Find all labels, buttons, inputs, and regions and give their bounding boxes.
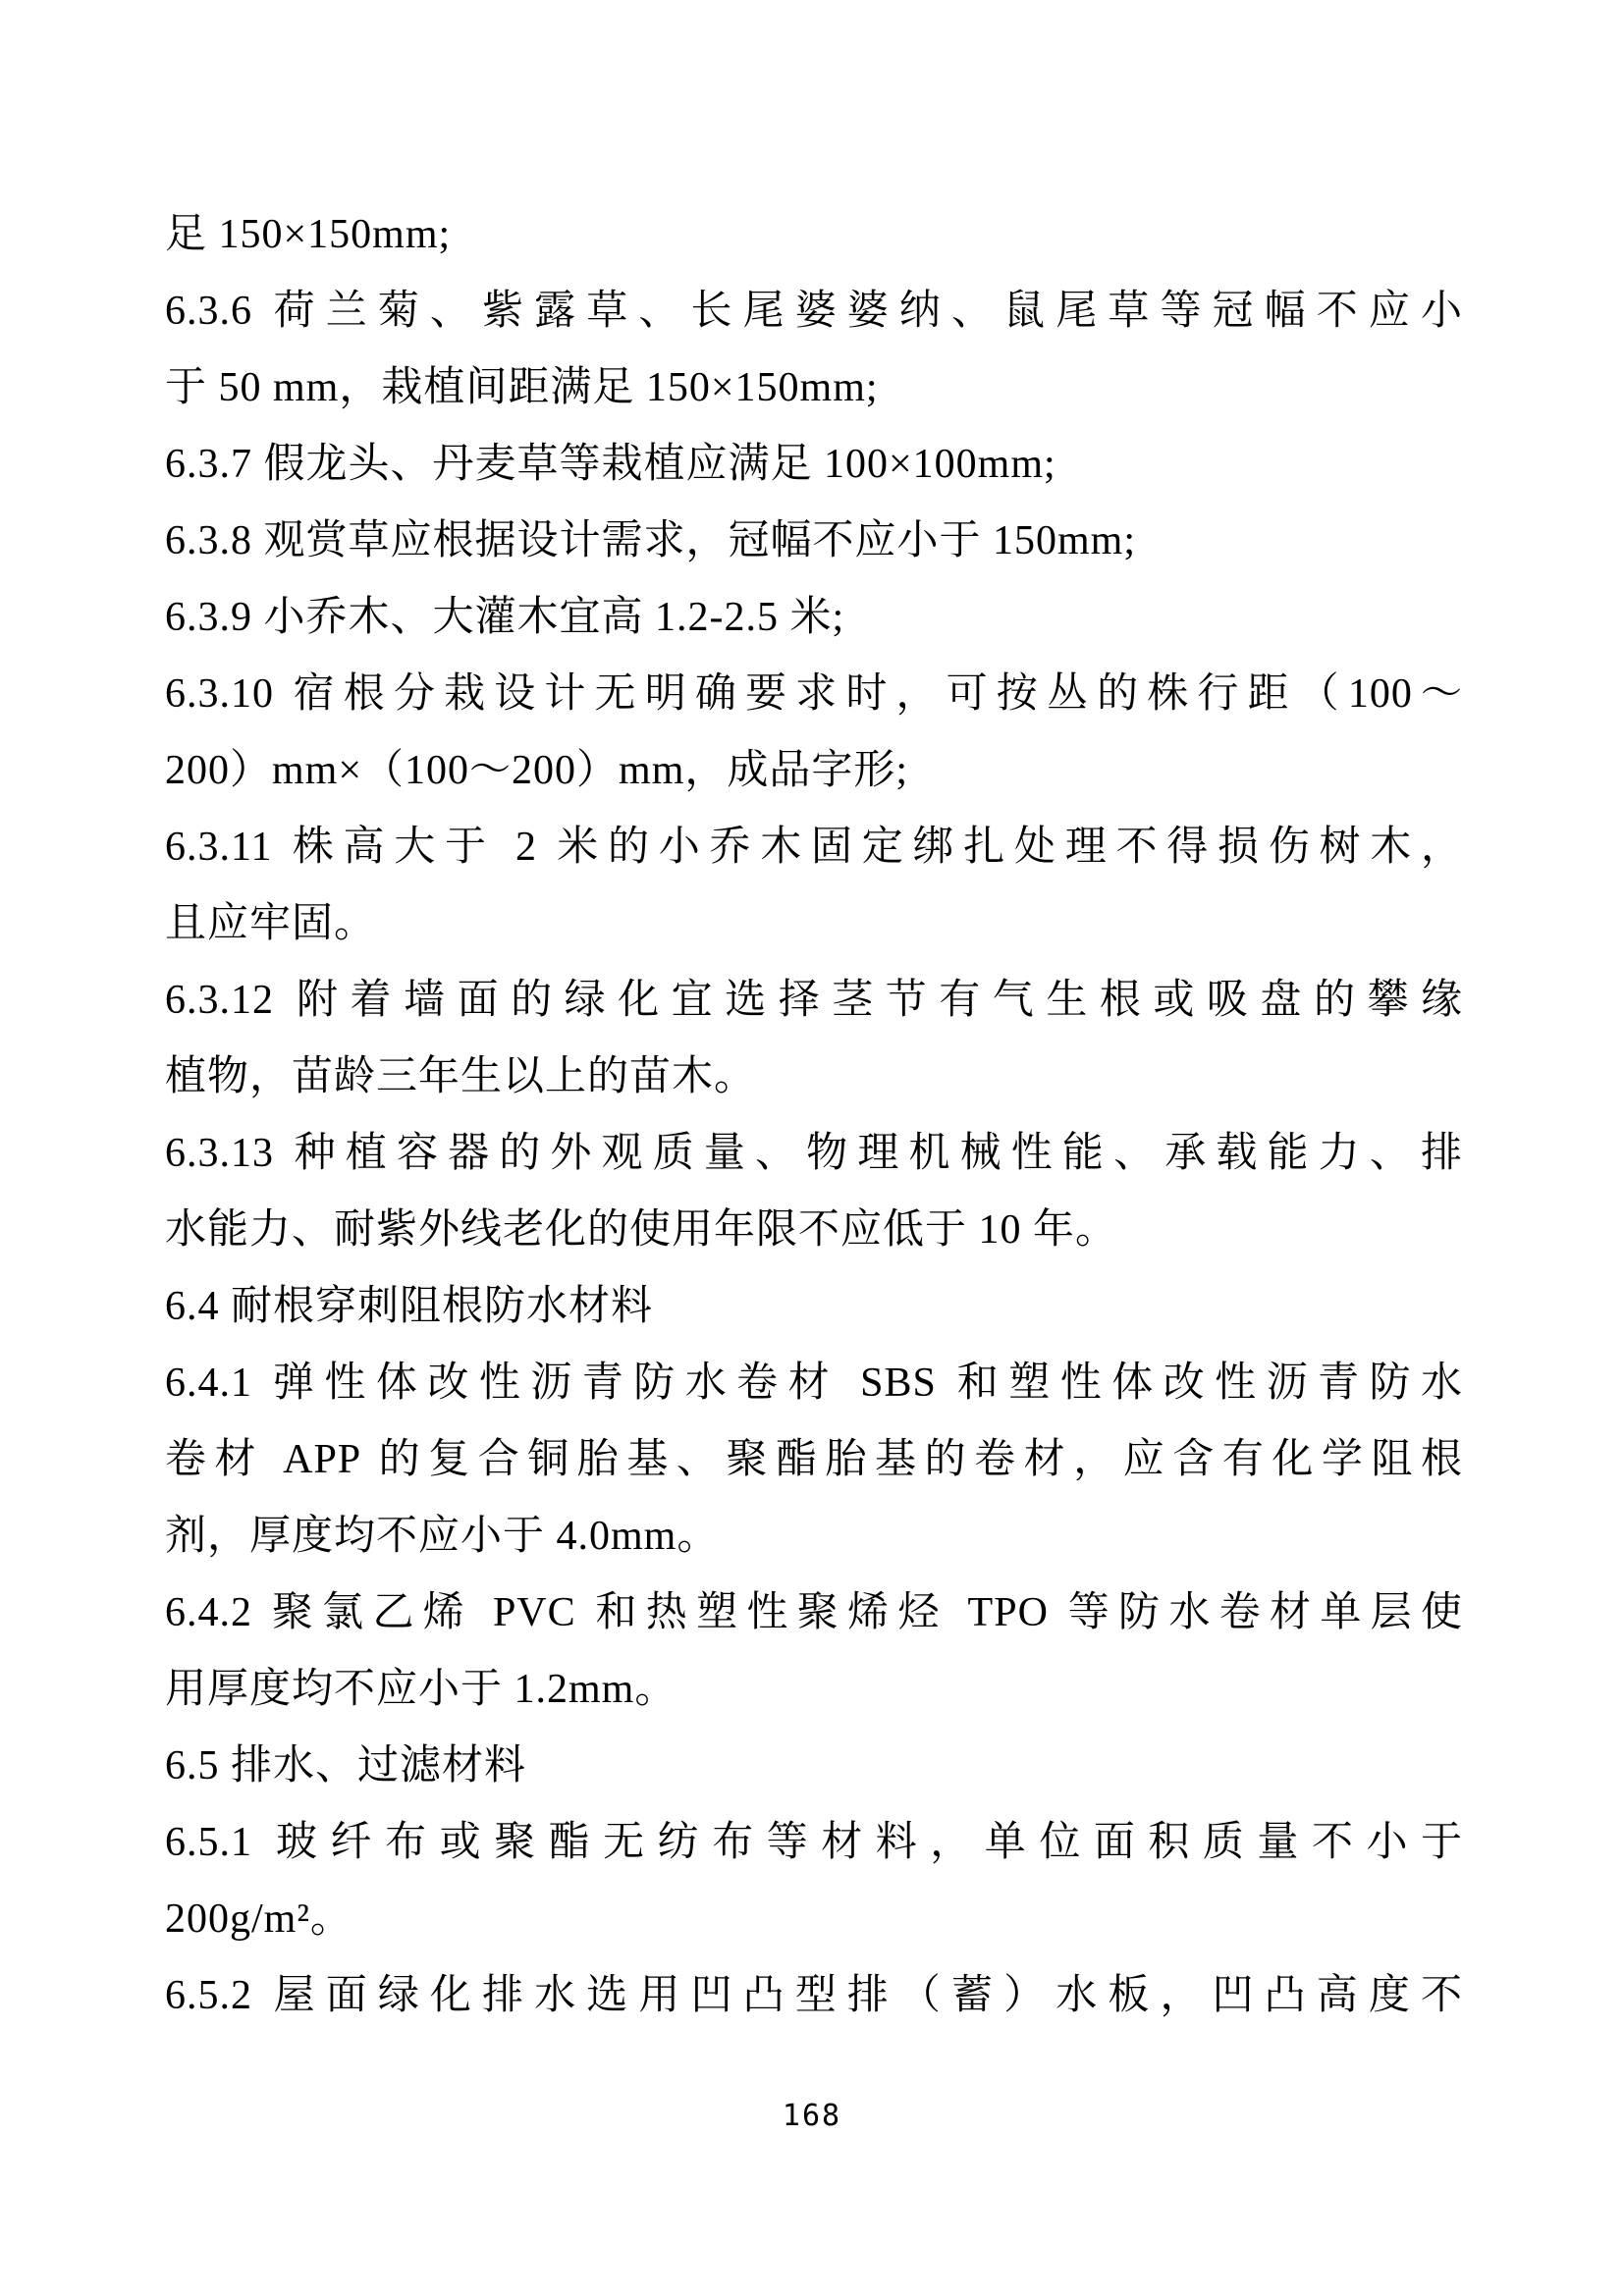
text-line: 6.5.1 玻纤布或聚酯无纺布等材料，单位面积质量不小于 [165,1804,1463,1881]
text-line: 6.3.9 小乔木、大灌木宜高 1.2-2.5 米; [165,579,1463,656]
text-line: 6.5 排水、过滤材料 [165,1728,1463,1804]
text-line: 6.3.13 种植容器的外观质量、物理机械性能、承载能力、排 [165,1115,1463,1192]
text-line: 剂，厚度均不应小于 4.0mm。 [165,1498,1463,1575]
text-line: 6.4.1 弹性体改性沥青防水卷材 SBS 和塑性体改性沥青防水 [165,1345,1463,1421]
text-line: 200）mm×（100～200）mm，成品字形; [165,732,1463,809]
text-line: 用厚度均不应小于 1.2mm。 [165,1651,1463,1728]
document-body: 足 150×150mm;6.3.6 荷兰菊、紫露草、长尾婆婆纳、鼠尾草等冠幅不应… [165,196,1463,2034]
text-line: 6.3.11 株高大于 2 米的小乔木固定绑扎处理不得损伤树木， [165,809,1463,885]
text-line: 6.5.2 屋面绿化排水选用凹凸型排（蓄）水板，凹凸高度不 [165,1957,1463,2034]
text-line: 6.4.2 聚氯乙烯 PVC 和热塑性聚烯烃 TPO 等防水卷材单层使 [165,1575,1463,1651]
text-line: 6.3.8 观赏草应根据设计需求，冠幅不应小于 150mm; [165,503,1463,579]
text-line: 植物，苗龄三年生以上的苗木。 [165,1039,1463,1115]
text-line: 200g/m²。 [165,1881,1463,1957]
page-footer: 168 [0,2099,1624,2133]
text-line: 6.3.7 假龙头、丹麦草等栽植应满足 100×100mm; [165,426,1463,503]
text-line: 6.4 耐根穿刺阻根防水材料 [165,1268,1463,1345]
text-line: 卷材 APP 的复合铜胎基、聚酯胎基的卷材，应含有化学阻根 [165,1421,1463,1498]
text-line: 水能力、耐紫外线老化的使用年限不应低于 10 年。 [165,1192,1463,1268]
page-number: 168 [783,2099,841,2133]
text-line: 6.3.12 附着墙面的绿化宜选择茎节有气生根或吸盘的攀缘 [165,962,1463,1039]
text-line: 足 150×150mm; [165,196,1463,273]
document-page: 足 150×150mm;6.3.6 荷兰菊、紫露草、长尾婆婆纳、鼠尾草等冠幅不应… [0,0,1624,2296]
text-line: 且应牢固。 [165,885,1463,962]
text-line: 6.3.6 荷兰菊、紫露草、长尾婆婆纳、鼠尾草等冠幅不应小 [165,273,1463,349]
text-line: 6.3.10 宿根分栽设计无明确要求时，可按丛的株行距（100～ [165,656,1463,732]
text-line: 于 50 mm，栽植间距满足 150×150mm; [165,349,1463,426]
